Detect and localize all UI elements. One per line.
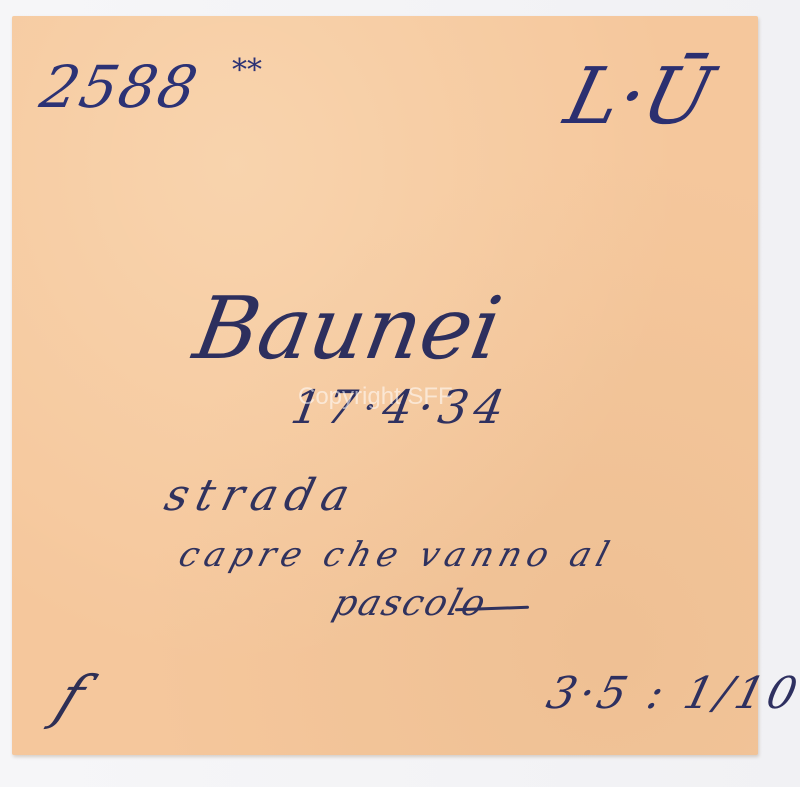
- format-mark: 3·5 : 1/100: [543, 672, 800, 716]
- description-line-2: pascolo: [329, 586, 491, 622]
- catalog-number: 2588: [36, 58, 204, 116]
- place-name: Baunei: [188, 286, 507, 372]
- corner-code: L·Ū: [558, 58, 720, 136]
- scan-background: 2588 ** L·Ū Baunei 17·4·34 Copyright SFF…: [0, 0, 800, 787]
- subject: strada: [161, 474, 362, 518]
- description-line-1: capre che vanno al: [175, 538, 619, 572]
- catalog-stars: **: [232, 56, 262, 86]
- copyright-watermark: Copyright SFF: [298, 383, 453, 411]
